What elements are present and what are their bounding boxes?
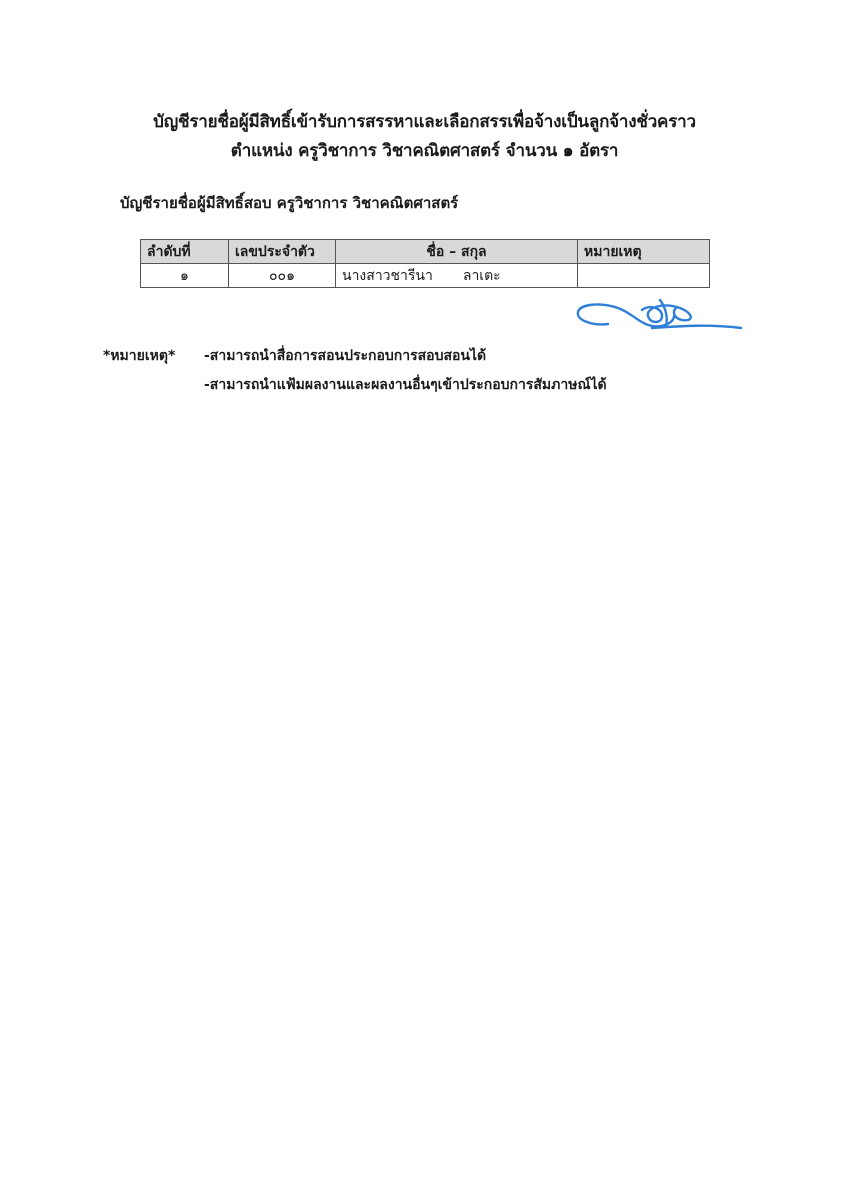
notes-label: *หมายเหตุ*	[103, 345, 175, 367]
cell-note	[578, 264, 710, 288]
list-subtitle: บัญชีรายชื่อผู้มีสิทธิ์สอบ ครูวิชาการ วิ…	[120, 191, 458, 215]
table-header-row: ลำดับที่ เลขประจำตัว ชื่อ – สกุล หมายเหต…	[141, 240, 710, 264]
column-header-note: หมายเหตุ	[578, 240, 710, 264]
cell-name: นางสาวชารีนาลาเตะ	[336, 264, 578, 288]
first-name: นางสาวชารีนา	[342, 268, 433, 284]
signature-icon	[570, 296, 745, 342]
candidate-table: ลำดับที่ เลขประจำตัว ชื่อ – สกุล หมายเหต…	[140, 239, 710, 288]
document-title-line-1: บัญชีรายชื่อผู้มีสิทธิ์เข้ารับการสรรหาแล…	[0, 108, 849, 135]
last-name: ลาเตะ	[463, 268, 501, 284]
cell-order: ๑	[141, 264, 229, 288]
note-item: -สามารถนำสื่อการสอนประกอบการสอบสอนได้	[204, 345, 486, 367]
column-header-name: ชื่อ – สกุล	[336, 240, 578, 264]
document-title-line-2: ตำแหน่ง ครูวิชาการ วิชาคณิตศาสตร์ จำนวน …	[0, 137, 849, 164]
column-header-order: ลำดับที่	[141, 240, 229, 264]
note-item: -สามารถนำแฟ้มผลงานและผลงานอื่นๆเข้าประกอ…	[204, 374, 607, 396]
column-header-id: เลขประจำตัว	[229, 240, 336, 264]
cell-id: ๐๐๑	[229, 264, 336, 288]
table-row: ๑ ๐๐๑ นางสาวชารีนาลาเตะ	[141, 264, 710, 288]
